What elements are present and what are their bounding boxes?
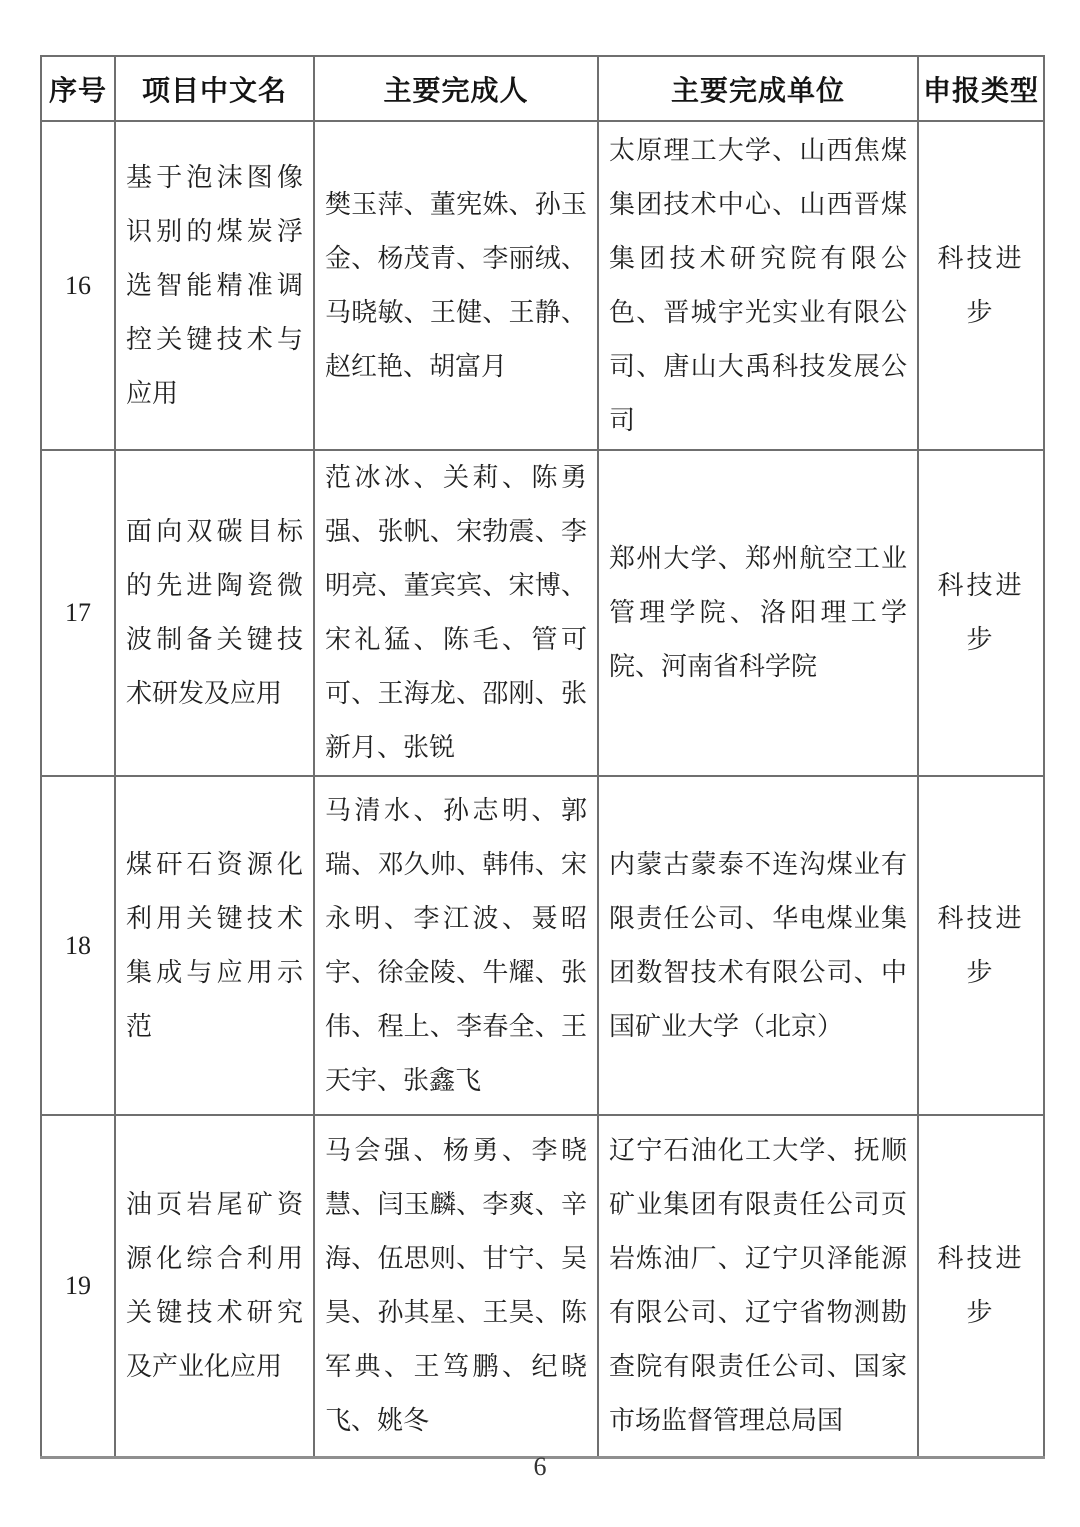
column-header-contributors: 主要完成人: [314, 56, 598, 121]
column-header-title: 项目中文名: [115, 56, 314, 121]
column-header-units: 主要完成单位: [598, 56, 918, 121]
row-17-project-title: 面向双碳目标的先进陶瓷微波制备关键技术研发及应用: [115, 450, 314, 776]
row-16-index: 16: [41, 121, 115, 450]
row-19-project-title: 油页岩尾矿资源化综合利用关键技术研究及产业化应用: [115, 1115, 314, 1457]
column-header-type: 申报类型: [918, 56, 1044, 121]
row-19-type: 科技进步: [918, 1115, 1044, 1457]
row-17-units: 郑州大学、郑州航空工业管理学院、洛阳理工学院、河南省科学院: [598, 450, 918, 776]
table-body: 16 基于泡沫图像识别的煤炭浮选智能精准调控关键技术与应用 樊玉萍、董宪姝、孙玉…: [41, 121, 1044, 1457]
row-18-units: 内蒙古蒙泰不连沟煤业有限责任公司、华电煤业集团数智技术有限公司、中国矿业大学（北…: [598, 776, 918, 1115]
row-19-units: 辽宁石油化工大学、抚顺矿业集团有限责任公司页岩炼油厂、辽宁贝泽能源有限公司、辽宁…: [598, 1115, 918, 1457]
row-18-index: 18: [41, 776, 115, 1115]
table-row-18: 18 煤矸石资源化利用关键技术集成与应用示范 马清水、孙志明、郭瑞、邓久帅、韩伟…: [41, 776, 1044, 1115]
row-17-index: 17: [41, 450, 115, 776]
row-18-project-title: 煤矸石资源化利用关键技术集成与应用示范: [115, 776, 314, 1115]
table-row-16: 16 基于泡沫图像识别的煤炭浮选智能精准调控关键技术与应用 樊玉萍、董宪姝、孙玉…: [41, 121, 1044, 450]
row-19-contributors: 马会强、杨勇、李晓慧、闫玉麟、李爽、辛海、伍思则、甘宁、吴昊、孙其星、王昊、陈军…: [314, 1115, 598, 1457]
header-row: 序号 项目中文名 主要完成人 主要完成单位 申报类型: [41, 56, 1044, 121]
row-16-project-title: 基于泡沫图像识别的煤炭浮选智能精准调控关键技术与应用: [115, 121, 314, 450]
table-row-19: 19 油页岩尾矿资源化综合利用关键技术研究及产业化应用 马会强、杨勇、李晓慧、闫…: [41, 1115, 1044, 1457]
row-16-contributors: 樊玉萍、董宪姝、孙玉金、杨茂青、李丽绒、马晓敏、王健、王静、赵红艳、胡富月: [314, 121, 598, 450]
row-17-contributors: 范冰冰、关莉、陈勇强、张帆、宋勃震、李明亮、董宾宾、宋博、宋礼猛、陈毛、管可可、…: [314, 450, 598, 776]
table-header: 序号 项目中文名 主要完成人 主要完成单位 申报类型: [41, 56, 1044, 121]
row-16-units: 太原理工大学、山西焦煤集团技术中心、山西晋煤集团技术研究院有限公色、晋城宇光实业…: [598, 121, 918, 450]
page-number: 6: [0, 1452, 1080, 1482]
row-16-type: 科技进步: [918, 121, 1044, 450]
row-19-index: 19: [41, 1115, 115, 1457]
table-row-17: 17 面向双碳目标的先进陶瓷微波制备关键技术研发及应用 范冰冰、关莉、陈勇强、张…: [41, 450, 1044, 776]
row-18-type: 科技进步: [918, 776, 1044, 1115]
column-header-index: 序号: [41, 56, 115, 121]
row-18-contributors: 马清水、孙志明、郭瑞、邓久帅、韩伟、宋永明、李江波、聂昭宇、徐金陵、牛耀、张伟、…: [314, 776, 598, 1115]
row-17-type: 科技进步: [918, 450, 1044, 776]
awards-table: 序号 项目中文名 主要完成人 主要完成单位 申报类型 16 基于泡沫图像识别的煤…: [40, 55, 1045, 1459]
